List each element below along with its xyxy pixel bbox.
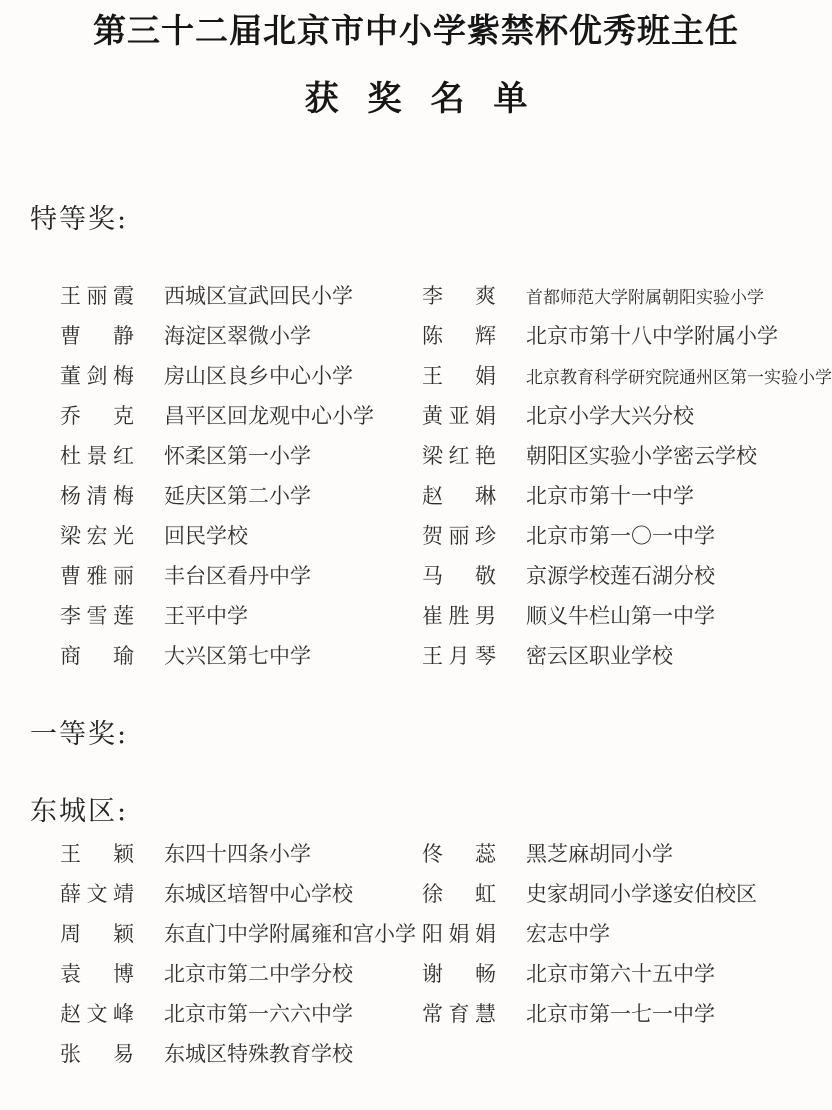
award-row: 赵文峰北京市第一六六中学常育慧北京市第一七一中学 (60, 993, 832, 1033)
section-heading: 特等奖: (30, 203, 832, 237)
school-name: 黑芝麻胡同小学 (526, 838, 832, 868)
school-name: 宏志中学 (526, 918, 832, 948)
awardee-name: 薛文靖 (60, 878, 134, 908)
school-name: 北京市第十一中学 (526, 480, 832, 510)
school-name: 北京市第一七一中学 (526, 998, 832, 1028)
award-row: 袁博北京市第二中学分校谢畅北京市第六十五中学 (60, 953, 832, 993)
awardee-name: 王丽霞 (60, 280, 134, 310)
school-name: 北京小学大兴分校 (526, 400, 832, 430)
awardee-name: 梁宏光 (60, 520, 134, 550)
school-name: 顺义牛栏山第一中学 (526, 600, 832, 630)
award-row: 薛文靖东城区培智中心学校徐虹史家胡同小学遂安伯校区 (60, 873, 832, 913)
awardee-name: 黄亚娟 (422, 400, 496, 430)
school-name: 延庆区第二小学 (164, 480, 422, 510)
school-name: 密云区职业学校 (526, 640, 832, 670)
section: 特等奖:王丽霞西城区宣武回民小学李爽首都师范大学附属朝阳实验小学曹静海淀区翠微小… (0, 203, 832, 675)
school-name: 怀柔区第一小学 (164, 440, 422, 470)
award-row: 杨清梅延庆区第二小学赵琳北京市第十一中学 (60, 475, 832, 515)
award-row: 张易东城区特殊教育学校 (60, 1033, 832, 1073)
award-row: 乔克昌平区回龙观中心小学黄亚娟北京小学大兴分校 (60, 395, 832, 435)
awardee-name: 赵琳 (422, 480, 496, 510)
school-name: 史家胡同小学遂安伯校区 (526, 878, 832, 908)
school-name: 东四十四条小学 (164, 838, 422, 868)
school-name: 西城区宣武回民小学 (164, 280, 422, 310)
awardee-name: 董剑梅 (60, 360, 134, 390)
award-row: 梁宏光回民学校贺丽珍北京市第一〇一中学 (60, 515, 832, 555)
award-row: 曹雅丽丰台区看丹中学马敬京源学校莲石湖分校 (60, 555, 832, 595)
awardee-name: 乔克 (60, 400, 134, 430)
school-name: 东城区特殊教育学校 (164, 1038, 422, 1068)
awardee-name: 李雪莲 (60, 600, 134, 630)
school-name: 东城区培智中心学校 (164, 878, 422, 908)
awardee-name: 谢畅 (422, 958, 496, 988)
awardee-name: 阳娟娟 (422, 918, 496, 948)
school-name: 昌平区回龙观中心小学 (164, 400, 422, 430)
awardee-name: 陈辉 (422, 320, 496, 350)
school-name: 北京市第六十五中学 (526, 958, 832, 988)
school-name: 北京教育科学研究院通州区第一实验小学 (526, 363, 832, 388)
award-row: 周颖东直门中学附属雍和宫小学阳娟娟宏志中学 (60, 913, 832, 953)
awardee-name: 李爽 (422, 280, 496, 310)
award-row: 董剑梅房山区良乡中心小学王娟北京教育科学研究院通州区第一实验小学 (60, 355, 832, 395)
school-name: 北京市第二中学分校 (164, 958, 422, 988)
section-heading: 东城区: (30, 795, 832, 829)
award-rows: 王颖东四十四条小学佟蕊黑芝麻胡同小学薛文靖东城区培智中心学校徐虹史家胡同小学遂安… (0, 833, 832, 1073)
awardee-name: 袁博 (60, 958, 134, 988)
school-name: 王平中学 (164, 600, 422, 630)
awardee-name: 周颖 (60, 918, 134, 948)
school-name: 丰台区看丹中学 (164, 560, 422, 590)
awardee-name: 徐虹 (422, 878, 496, 908)
section-heading: 一等奖: (30, 718, 832, 752)
school-name: 首都师范大学附属朝阳实验小学 (526, 283, 832, 308)
section: 东城区:王颖东四十四条小学佟蕊黑芝麻胡同小学薛文靖东城区培智中心学校徐虹史家胡同… (0, 795, 832, 1073)
awardee-name: 贺丽珍 (422, 520, 496, 550)
document-subtitle: 获奖名单 (0, 78, 832, 120)
school-name: 朝阳区实验小学密云学校 (526, 440, 832, 470)
school-name: 京源学校莲石湖分校 (526, 560, 832, 590)
awardee-name: 商瑜 (60, 640, 134, 670)
school-name: 回民学校 (164, 520, 422, 550)
award-row: 杜景红怀柔区第一小学梁红艳朝阳区实验小学密云学校 (60, 435, 832, 475)
school-name: 北京市第十八中学附属小学 (526, 320, 832, 350)
award-rows: 王丽霞西城区宣武回民小学李爽首都师范大学附属朝阳实验小学曹静海淀区翠微小学陈辉北… (0, 275, 832, 675)
awardee-name: 王娟 (422, 360, 496, 390)
awardee-name: 曹雅丽 (60, 560, 134, 590)
awardee-name: 王月琴 (422, 640, 496, 670)
school-name: 北京市第一〇一中学 (526, 520, 832, 550)
awardee-name: 常育慧 (422, 998, 496, 1028)
awardee-name: 杨清梅 (60, 480, 134, 510)
award-row: 商瑜大兴区第七中学王月琴密云区职业学校 (60, 635, 832, 675)
school-name: 海淀区翠微小学 (164, 320, 422, 350)
school-name: 房山区良乡中心小学 (164, 360, 422, 390)
awardee-name: 马敬 (422, 560, 496, 590)
document-title: 第三十二届北京市中小学紫禁杯优秀班主任 (0, 10, 832, 52)
awardee-name: 赵文峰 (60, 998, 134, 1028)
award-row: 曹静海淀区翠微小学陈辉北京市第十八中学附属小学 (60, 315, 832, 355)
awardee-name: 王颖 (60, 838, 134, 868)
school-name: 东直门中学附属雍和宫小学 (164, 918, 422, 948)
school-name: 大兴区第七中学 (164, 640, 422, 670)
awardee-name: 崔胜男 (422, 600, 496, 630)
section: 一等奖: (0, 718, 832, 752)
awardee-name: 杜景红 (60, 440, 134, 470)
awardee-name: 佟蕊 (422, 838, 496, 868)
sections: 特等奖:王丽霞西城区宣武回民小学李爽首都师范大学附属朝阳实验小学曹静海淀区翠微小… (0, 203, 832, 1073)
award-row: 李雪莲王平中学崔胜男顺义牛栏山第一中学 (60, 595, 832, 635)
awardee-name: 梁红艳 (422, 440, 496, 470)
awardee-name: 张易 (60, 1038, 134, 1068)
award-row: 王颖东四十四条小学佟蕊黑芝麻胡同小学 (60, 833, 832, 873)
award-row: 王丽霞西城区宣武回民小学李爽首都师范大学附属朝阳实验小学 (60, 275, 832, 315)
awardee-name: 曹静 (60, 320, 134, 350)
award-document: 第三十二届北京市中小学紫禁杯优秀班主任 获奖名单 特等奖:王丽霞西城区宣武回民小… (0, 0, 832, 1110)
school-name: 北京市第一六六中学 (164, 998, 422, 1028)
